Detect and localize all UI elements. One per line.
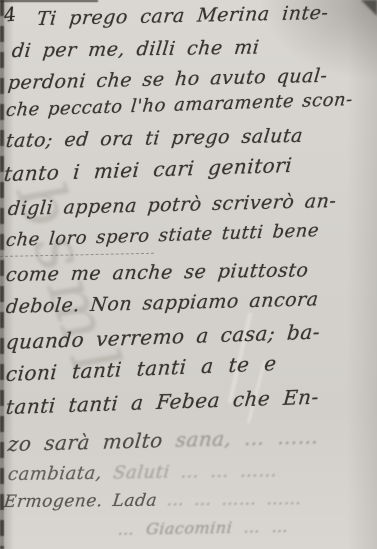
scan-edge-top xyxy=(0,0,98,2)
line-text: come me anche se piuttosto xyxy=(5,259,310,286)
handwriting-line: che loro spero stiate tutti bene xyxy=(5,220,320,251)
handwriting-line: Ermogene. Lada … … …… …… xyxy=(3,489,303,512)
handwriting-line: digli appena potrò scriverò an- xyxy=(7,190,338,220)
line-text: perdoni che se ho avuto qual- xyxy=(7,65,329,94)
line-text: tato; ed ora ti prego saluta xyxy=(5,125,304,152)
line-text: tanto i miei cari genitori xyxy=(3,153,293,186)
corner-mark: 4 xyxy=(3,3,17,26)
handwriting-line: zo sarà molto sana, … …… xyxy=(7,424,320,456)
line-text: di per me, dilli che mi xyxy=(11,37,261,62)
handwriting-line: di per me, dilli che mi xyxy=(11,37,261,62)
line-faint-text: Saluti … … …… xyxy=(101,460,279,483)
handwriting-line: che peccato l'ho amaramente scon- xyxy=(5,89,354,121)
line-faint-text: … Giacomini … … xyxy=(117,517,289,539)
scan-edge-left xyxy=(0,0,4,549)
handwriting-line: come me anche se piuttosto xyxy=(5,259,310,286)
line-text: zo sarà molto xyxy=(7,428,164,456)
handwriting-line: cambiata, Saluti … … …… xyxy=(7,460,279,485)
line-faint-text: … … …… …… xyxy=(156,489,303,510)
line-faint-text: sana, … …… xyxy=(162,424,320,452)
line-text: debole. Non sappiamo ancora xyxy=(5,288,320,318)
scanned-letter-photo: 4 bsml Ti prego cara Merina inte- di per… xyxy=(0,0,377,549)
line-text: cambiata, xyxy=(7,463,103,485)
line-text: digli appena potrò scriverò an- xyxy=(7,190,338,220)
line-text: quando verremo a casa; ba- xyxy=(5,320,321,355)
handwriting-line: tato; ed ora ti prego saluta xyxy=(5,125,304,152)
line-text: che loro spero stiate tutti bene xyxy=(5,220,320,251)
line-text: Ti prego cara Merina inte- xyxy=(36,2,330,30)
handwriting-line: debole. Non sappiamo ancora xyxy=(5,288,320,318)
handwriting-line: quando verremo a casa; ba- xyxy=(5,320,321,355)
line-text: Ermogene. Lada xyxy=(3,491,158,512)
handwriting-line: perdoni che se ho avuto qual- xyxy=(7,65,329,94)
handwriting-line: tanto i miei cari genitori xyxy=(3,153,293,186)
line-text: che peccato l'ho amaramente scon- xyxy=(5,89,354,121)
line-text: tanti tanti a Febea che En- xyxy=(5,385,320,419)
fold-crease-line xyxy=(0,253,154,257)
photo-corner-shadow xyxy=(361,0,377,16)
handwriting-line: Ti prego cara Merina inte- xyxy=(36,2,330,30)
handwriting-line: … Giacomini … … xyxy=(117,517,289,539)
handwriting-line: tanti tanti a Febea che En- xyxy=(5,385,320,419)
